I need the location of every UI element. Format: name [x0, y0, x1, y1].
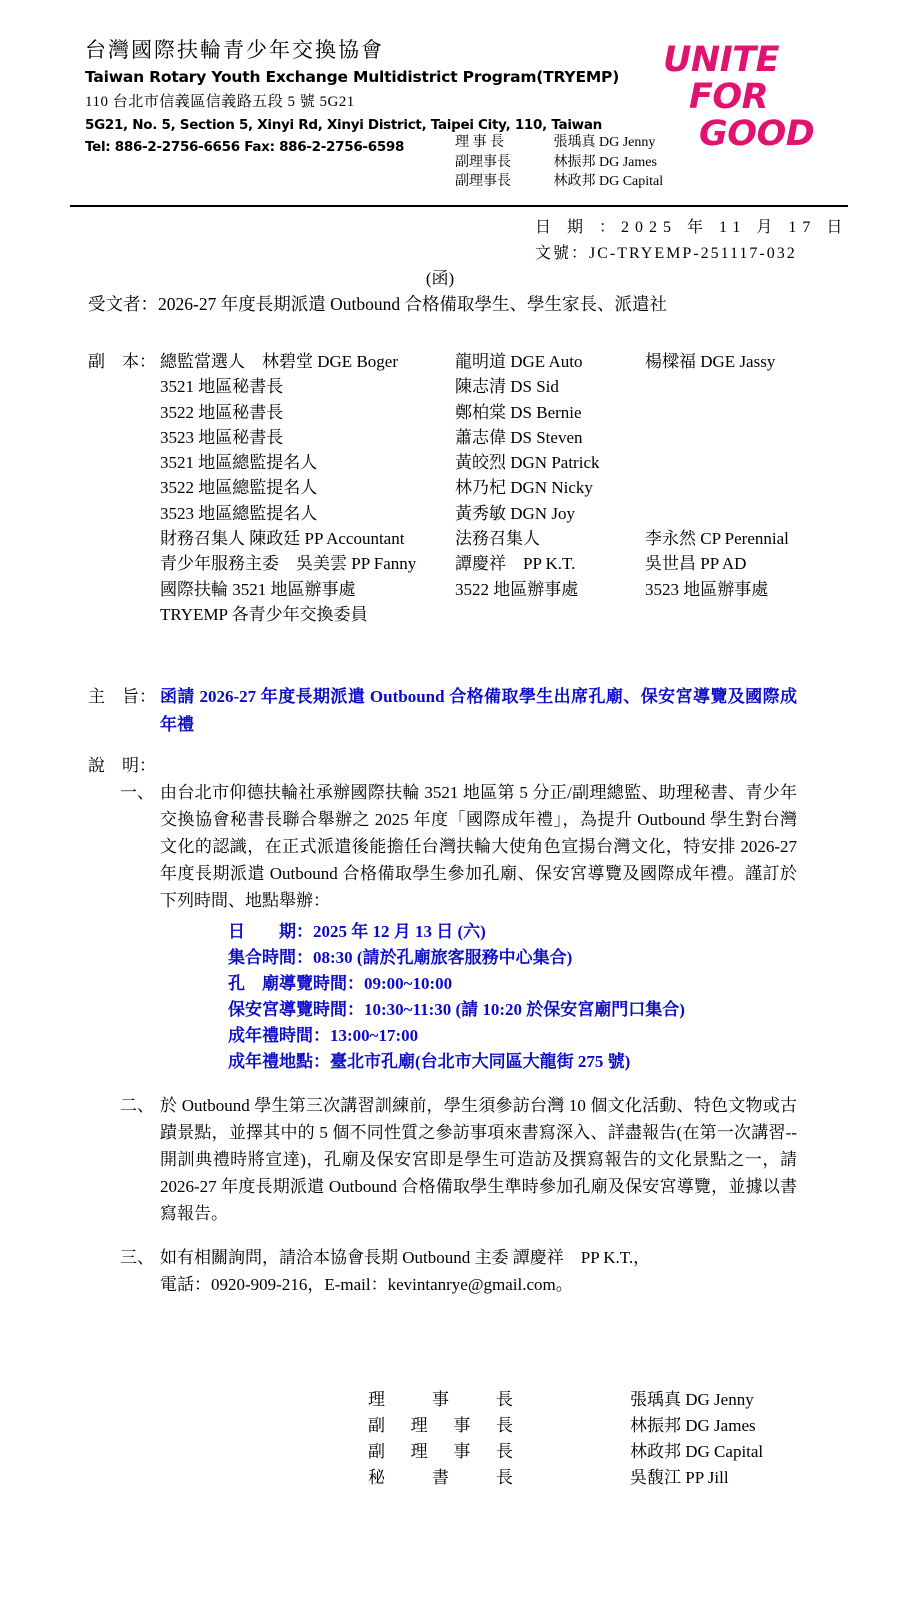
cc-cell: 3522 地區辦事處 [455, 577, 645, 602]
cc-cell: 龍明道 DGE Auto [455, 349, 645, 374]
schedule-line-assembly: 集合時間：08:30 (請於孔廟旅客服務中心集合) [228, 945, 797, 971]
officer-row: 理 事 長 張瑀真 DG Jenny [455, 133, 663, 153]
signature-title: 副 理 事 長 [368, 1413, 513, 1439]
item-text: 於 Outbound 學生第三次講習訓練前，學生須參訪台灣 10 個文化活動、特… [160, 1092, 797, 1227]
schedule-line-ceremony-place: 成年禮地點：臺北市孔廟(台北市大同區大龍街 275 號) [228, 1049, 797, 1075]
cc-row: TRYEMP 各青少年交換委員 [70, 602, 850, 627]
officer-name: 林振邦 DG James [554, 155, 657, 170]
item-number: 一、 [120, 779, 160, 1075]
signature-row: 理 事 長 張瑀真 DG Jenny [70, 1387, 850, 1413]
item-text: 如有相關詢問，請洽本協會長期 Outbound 主委 譚慶祥 PP K.T.， [160, 1244, 797, 1271]
officer-row: 副理事長 林振邦 DG James [455, 153, 663, 173]
doc-number-line: 文號：JC-TRYEMP-251117-032 [535, 241, 850, 267]
cc-cell: 3523 地區辦事處 [645, 577, 850, 602]
cc-row: 青少年服務主委 吳美雲 PP Fanny 譚慶祥 PP K.T. 吳世昌 PP … [70, 551, 850, 576]
cc-cell: TRYEMP 各青少年交換委員 [160, 602, 455, 627]
schedule-line-date: 日 期：2025 年 12 月 13 日 (六) [228, 919, 797, 945]
letterhead: 台灣國際扶輪青少年交換協會 Taiwan Rotary Youth Exchan… [70, 36, 850, 158]
letter-type: (函) [70, 267, 810, 291]
header-divider [70, 205, 848, 207]
subject-label: 主 旨： [88, 683, 160, 739]
cc-cell: 譚慶祥 PP K.T. [455, 551, 645, 576]
subject-text: 函請 2026-27 年度長期派遣 Outbound 合格備取學生出席孔廟、保安… [160, 683, 797, 739]
signature-title: 理 事 長 [368, 1387, 513, 1413]
cc-row: 財務召集人 陳政廷 PP Accountant 法務召集人 李永然 CP Per… [70, 526, 850, 551]
cc-cell: 黃皎烈 DGN Patrick [455, 450, 645, 475]
cc-row: 國際扶輪 3521 地區辦事處 3522 地區辦事處 3523 地區辦事處 [70, 577, 850, 602]
signature-name: 林振邦 DG James [630, 1413, 756, 1439]
explanation-label: 說 明： [88, 752, 850, 779]
cc-cell: 3522 地區秘書長 [160, 400, 455, 425]
logo-line-good: GOOD [699, 116, 814, 153]
officer-name: 林政邦 DG Capital [554, 174, 664, 189]
cc-row: 3522 地區秘書長 鄭柏棠 DS Bernie [70, 400, 850, 425]
signature-title: 副 理 事 長 [368, 1439, 513, 1465]
item-number: 二、 [120, 1092, 160, 1227]
cc-cell: 吳世昌 PP AD [645, 551, 850, 576]
cc-row: 副 本： 總監當選人 林碧堂 DGE Boger 龍明道 DGE Auto 楊樑… [70, 349, 850, 374]
signature-title: 秘 書 長 [368, 1465, 513, 1491]
cc-cell: 陳志清 DS Sid [455, 374, 645, 399]
logo-line-unite: UNITE [663, 42, 814, 79]
officer-row: 副理事長 林政邦 DG Capital [455, 172, 663, 192]
cc-block: 副 本： 總監當選人 林碧堂 DGE Boger 龍明道 DGE Auto 楊樑… [70, 349, 850, 627]
cc-cell: 蕭志偉 DS Steven [455, 425, 645, 450]
unite-for-good-logo: UNITE FOR GOOD [663, 42, 814, 153]
cc-cell: 黃秀敏 DGN Joy [455, 501, 645, 526]
officer-name: 張瑀真 DG Jenny [554, 135, 656, 150]
cc-cell: 法務召集人 [455, 526, 645, 551]
cc-cell: 財務召集人 陳政廷 PP Accountant [160, 526, 455, 551]
cc-cell: 國際扶輪 3521 地區辦事處 [160, 577, 455, 602]
doc-meta: 日 期 ：2025 年 11 月 17 日 文號：JC-TRYEMP-25111… [535, 215, 850, 267]
signature-name: 張瑀真 DG Jenny [630, 1387, 754, 1413]
cc-cell: 3521 地區秘書長 [160, 374, 455, 399]
explanation-item-2: 二、 於 Outbound 學生第三次講習訓練前，學生須參訪台灣 10 個文化活… [70, 1092, 850, 1227]
signature-row: 秘 書 長 吳馥江 PP Jill [70, 1465, 850, 1491]
cc-label: 副 本： [70, 349, 160, 374]
cc-cell: 3522 地區總監提名人 [160, 475, 455, 500]
schedule-line-confucius-tour: 孔 廟導覽時間：09:00~10:00 [228, 971, 797, 997]
logo-line-for: FOR [689, 79, 814, 116]
cc-cell: 李永然 CP Perennial [645, 526, 850, 551]
cc-row: 3521 地區秘書長 陳志清 DS Sid [70, 374, 850, 399]
cc-cell: 林乃杞 DGN Nicky [455, 475, 645, 500]
letter-page: 台灣國際扶輪青少年交換協會 Taiwan Rotary Youth Exchan… [0, 0, 909, 1617]
cc-cell: 鄭柏棠 DS Bernie [455, 400, 645, 425]
signature-block: 理 事 長 張瑀真 DG Jenny 副 理 事 長 林振邦 DG James … [70, 1387, 850, 1491]
cc-row: 3523 地區秘書長 蕭志偉 DS Steven [70, 425, 850, 450]
date-line: 日 期 ：2025 年 11 月 17 日 [535, 215, 850, 241]
subject-section: 主 旨： 函請 2026-27 年度長期派遣 Outbound 合格備取學生出席… [70, 683, 850, 739]
cc-row: 3523 地區總監提名人 黃秀敏 DGN Joy [70, 501, 850, 526]
officer-title: 副理事長 [455, 172, 550, 192]
cc-row: 3522 地區總監提名人 林乃杞 DGN Nicky [70, 475, 850, 500]
contact-line: 電話：0920-909-216，E-mail：kevintanrye@gmail… [160, 1271, 797, 1298]
schedule-line-baoan-tour: 保安宮導覽時間：10:30~11:30 (請 10:20 於保安宮廟門口集合) [228, 997, 797, 1023]
cc-cell: 總監當選人 林碧堂 DGE Boger [160, 349, 455, 374]
item-number: 三、 [120, 1244, 160, 1298]
explanation-item-1: 一、 由台北市仰德扶輪社承辦國際扶輪 3521 地區第 5 分正/副理總監、助理… [70, 779, 850, 1075]
cc-cell: 楊樑福 DGE Jassy [645, 349, 850, 374]
signature-name: 林政邦 DG Capital [630, 1439, 763, 1465]
cc-cell: 青少年服務主委 吳美雲 PP Fanny [160, 551, 455, 576]
item-text: 由台北市仰德扶輪社承辦國際扶輪 3521 地區第 5 分正/副理總監、助理秘書、… [160, 779, 797, 914]
signature-name: 吳馥江 PP Jill [630, 1465, 729, 1491]
cc-cell: 3521 地區總監提名人 [160, 450, 455, 475]
cc-cell: 3523 地區秘書長 [160, 425, 455, 450]
officer-title: 理 事 長 [455, 133, 550, 153]
signature-row: 副 理 事 長 林振邦 DG James [70, 1413, 850, 1439]
recipient-line: 受文者：2026-27 年度長期派遣 Outbound 合格備取學生、學生家長、… [88, 291, 850, 317]
signature-row: 副 理 事 長 林政邦 DG Capital [70, 1439, 850, 1465]
cc-cell: 3523 地區總監提名人 [160, 501, 455, 526]
event-schedule: 日 期：2025 年 12 月 13 日 (六) 集合時間：08:30 (請於孔… [228, 919, 797, 1075]
officer-title: 副理事長 [455, 153, 550, 173]
cc-row: 3521 地區總監提名人 黃皎烈 DGN Patrick [70, 450, 850, 475]
explanation-item-3: 三、 如有相關詢問，請洽本協會長期 Outbound 主委 譚慶祥 PP K.T… [70, 1244, 850, 1298]
schedule-line-ceremony-time: 成年禮時間：13:00~17:00 [228, 1023, 797, 1049]
officer-list: 理 事 長 張瑀真 DG Jenny 副理事長 林振邦 DG James 副理事… [455, 133, 663, 192]
